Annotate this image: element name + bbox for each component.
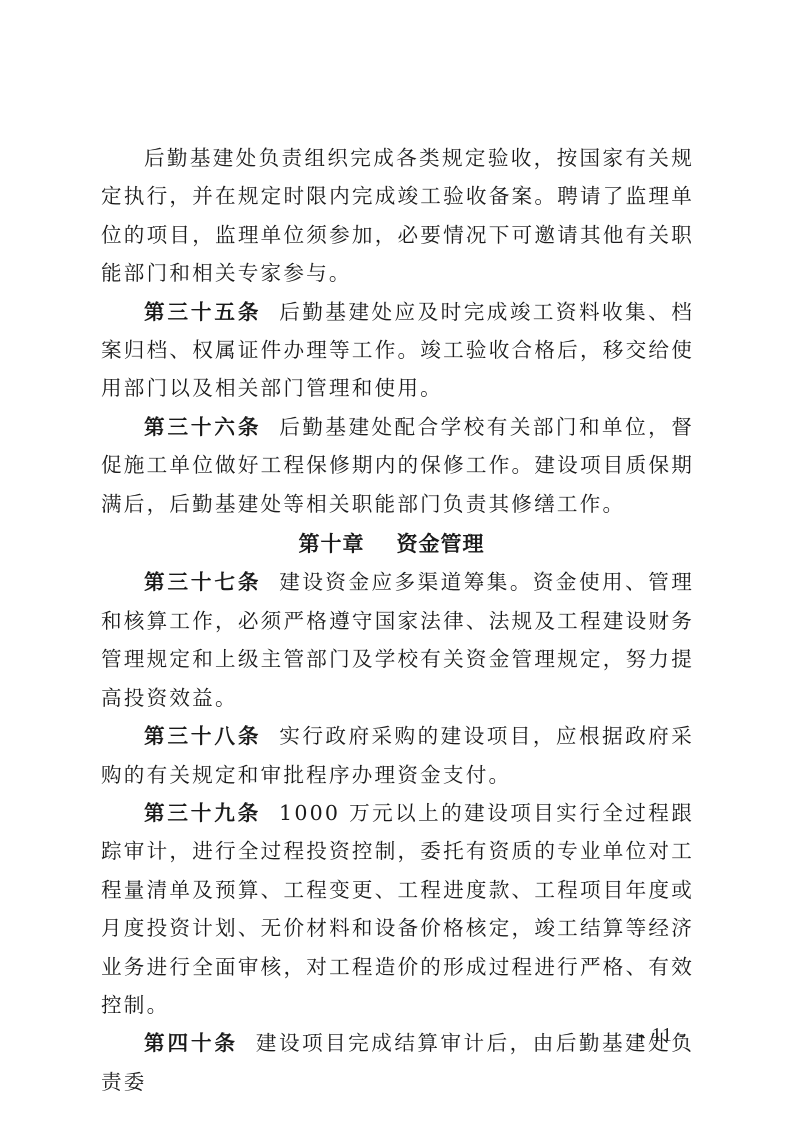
article-39: 第三十九条1000 万元以上的建设项目实行全过程跟踪审计，进行全过程投资控制，委…	[101, 794, 694, 1024]
page-number: - 11 -	[638, 1024, 687, 1047]
chapter-number: 第十章	[299, 532, 365, 556]
article-text: 1000 万元以上的建设项目实行全过程跟踪审计，进行全过程投资控制，委托有资质的…	[101, 801, 694, 1017]
article-number: 第三十八条	[144, 724, 261, 748]
article-35: 第三十五条后勤基建处应及时完成竣工资料收集、档案归档、权属证件办理等工作。竣工验…	[101, 293, 694, 408]
article-number: 第三十五条	[144, 300, 261, 324]
paragraph-acceptance: 后勤基建处负责组织完成各类规定验收，按国家有关规定执行，并在规定时限内完成竣工验…	[101, 139, 694, 293]
article-number: 第三十六条	[144, 415, 261, 439]
article-number: 第四十条	[144, 1031, 238, 1055]
chapter-title: 资金管理	[397, 532, 485, 556]
chapter-heading: 第十章资金管理	[101, 525, 694, 563]
article-number: 第三十七条	[144, 570, 261, 594]
article-36: 第三十六条后勤基建处配合学校有关部门和单位，督促施工单位做好工程保修期内的保修工…	[101, 408, 694, 523]
article-number: 第三十九条	[144, 801, 261, 825]
paragraph-text: 后勤基建处负责组织完成各类规定验收，按国家有关规定执行，并在规定时限内完成竣工验…	[101, 146, 694, 285]
article-37: 第三十七条建设资金应多渠道筹集。资金使用、管理和核算工作，必须严格遵守国家法律、…	[101, 563, 694, 717]
document-body: 后勤基建处负责组织完成各类规定验收，按国家有关规定执行，并在规定时限内完成竣工验…	[101, 139, 694, 1101]
article-38: 第三十八条实行政府采购的建设项目，应根据政府采购的有关规定和审批程序办理资金支付…	[101, 717, 694, 794]
document-page: 后勤基建处负责组织完成各类规定验收，按国家有关规定执行，并在规定时限内完成竣工验…	[0, 0, 793, 1122]
article-40: 第四十条建设项目完成结算审计后，由后勤基建处负责委	[101, 1024, 694, 1101]
